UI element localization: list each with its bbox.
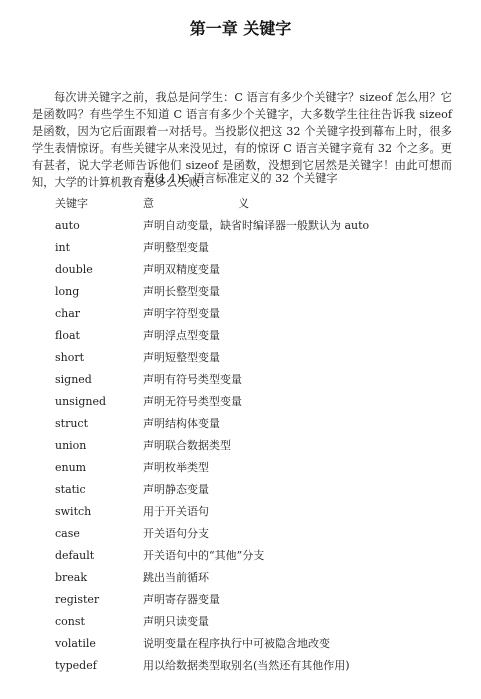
keyword-cell: volatile: [55, 632, 143, 654]
keyword-cell: unsigned: [55, 390, 143, 412]
table-row: const声明只读变量: [55, 610, 435, 632]
meaning-cell: 声明静态变量: [143, 478, 435, 500]
keyword-cell: typedef: [55, 654, 143, 676]
table-row: default开关语句中的“其他”分支: [55, 544, 435, 566]
keyword-cell: const: [55, 610, 143, 632]
table-row: double声明双精度变量: [55, 258, 435, 280]
meaning-cell: 声明自动变量，缺省时编译器一般默认为 auto: [143, 214, 435, 236]
table-row: char声明字符型变量: [55, 302, 435, 324]
meaning-cell: 声明只读变量: [143, 610, 435, 632]
keyword-cell: case: [55, 522, 143, 544]
keyword-cell: char: [55, 302, 143, 324]
keyword-cell: float: [55, 324, 143, 346]
meaning-cell: 声明无符号类型变量: [143, 390, 435, 412]
table-row: register声明寄存器变量: [55, 588, 435, 610]
keyword-cell: long: [55, 280, 143, 302]
meaning-cell: 跳出当前循环: [143, 566, 435, 588]
keyword-cell: double: [55, 258, 143, 280]
table-row: union声明联合数据类型: [55, 434, 435, 456]
meaning-cell: 声明双精度变量: [143, 258, 435, 280]
meaning-cell: 声明结构体变量: [143, 412, 435, 434]
header-meaning-part1: 意: [143, 197, 154, 210]
meaning-cell: 声明浮点型变量: [143, 324, 435, 346]
table-row: unsigned声明无符号类型变量: [55, 390, 435, 412]
keyword-cell: static: [55, 478, 143, 500]
meaning-cell: 声明短整型变量: [143, 346, 435, 368]
meaning-cell: 用于开关语句: [143, 500, 435, 522]
keywords-table: 关键字 意义 auto声明自动变量，缺省时编译器一般默认为 auto int声明…: [55, 192, 435, 676]
keyword-cell: signed: [55, 368, 143, 390]
table-row: switch用于开关语句: [55, 500, 435, 522]
header-meaning: 意义: [143, 192, 435, 214]
meaning-cell: 声明寄存器变量: [143, 588, 435, 610]
header-keyword: 关键字: [55, 192, 143, 214]
table-row: case开关语句分支: [55, 522, 435, 544]
meaning-cell: 声明整型变量: [143, 236, 435, 258]
table-caption: 表(1.1)C 语言标准定义的 32 个关键字: [0, 170, 481, 186]
keyword-cell: enum: [55, 456, 143, 478]
keyword-cell: register: [55, 588, 143, 610]
meaning-cell: 声明枚举类型: [143, 456, 435, 478]
table-row: typedef用以给数据类型取别名(当然还有其他作用): [55, 654, 435, 676]
table-header-row: 关键字 意义: [55, 192, 435, 214]
table-row: long声明长整型变量: [55, 280, 435, 302]
meaning-cell: 开关语句中的“其他”分支: [143, 544, 435, 566]
table-row: short声明短整型变量: [55, 346, 435, 368]
keyword-cell: struct: [55, 412, 143, 434]
table-row: struct声明结构体变量: [55, 412, 435, 434]
meaning-cell: 说明变量在程序执行中可被隐含地改变: [143, 632, 435, 654]
keyword-cell: switch: [55, 500, 143, 522]
table-row: volatile说明变量在程序执行中可被隐含地改变: [55, 632, 435, 654]
table-row: signed声明有符号类型变量: [55, 368, 435, 390]
table-row: int声明整型变量: [55, 236, 435, 258]
chapter-title: 第一章 关键字: [0, 16, 481, 39]
keyword-cell: int: [55, 236, 143, 258]
table-row: float声明浮点型变量: [55, 324, 435, 346]
keyword-cell: default: [55, 544, 143, 566]
keyword-cell: union: [55, 434, 143, 456]
table-row: auto声明自动变量，缺省时编译器一般默认为 auto: [55, 214, 435, 236]
meaning-cell: 声明联合数据类型: [143, 434, 435, 456]
meaning-cell: 声明字符型变量: [143, 302, 435, 324]
keyword-cell: break: [55, 566, 143, 588]
header-meaning-part2: 义: [238, 197, 249, 210]
meaning-cell: 开关语句分支: [143, 522, 435, 544]
keyword-cell: short: [55, 346, 143, 368]
keyword-cell: auto: [55, 214, 143, 236]
table-row: enum声明枚举类型: [55, 456, 435, 478]
meaning-cell: 声明有符号类型变量: [143, 368, 435, 390]
table-row: static声明静态变量: [55, 478, 435, 500]
meaning-cell: 声明长整型变量: [143, 280, 435, 302]
meaning-cell: 用以给数据类型取别名(当然还有其他作用): [143, 654, 435, 676]
table-row: break跳出当前循环: [55, 566, 435, 588]
